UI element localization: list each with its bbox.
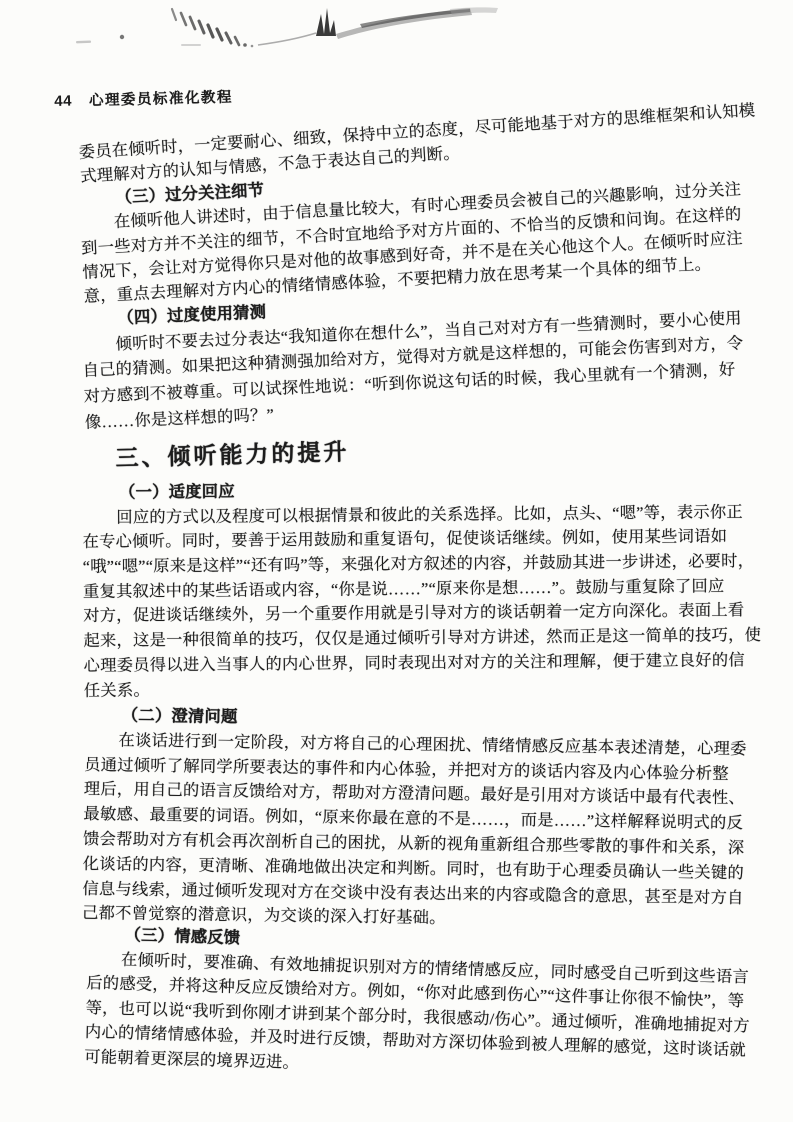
- book-title: 心理委员标准化教程: [89, 86, 233, 111]
- subsection-emotional-feedback: （三）情感反馈 在倾听时，要准确、有效地捕捉识别对方的情绪情感反应，同时感受自己…: [84, 922, 752, 1088]
- subsection-overuse-guessing: （四）过度使用猜测 倾听时不要去过分表达“我知道你在想什么”，当自己对对方有一些…: [80, 279, 746, 435]
- page-number: 44: [54, 93, 72, 110]
- section-heading: 三、倾听能力的提升: [115, 433, 350, 473]
- subsection-moderate-response: （一）适度回应 回应的方式以及程度可以根据情景和彼此的关系选择。比如，点头、“嗯…: [82, 475, 762, 703]
- scanned-book-page: 44 心理委员标准化教程 委员在倾听时，一定要耐心、细致，保持中立的态度，尽可能…: [0, 0, 793, 1122]
- page-header: 44 心理委员标准化教程: [54, 86, 233, 111]
- scan-smudge-artifacts: [0, 0, 520, 64]
- subsection-clarify-issues: （二）澄清问题 在谈话进行到一定阶段，对方将自己的心理困扰、情绪情感反应基本表述…: [82, 703, 747, 935]
